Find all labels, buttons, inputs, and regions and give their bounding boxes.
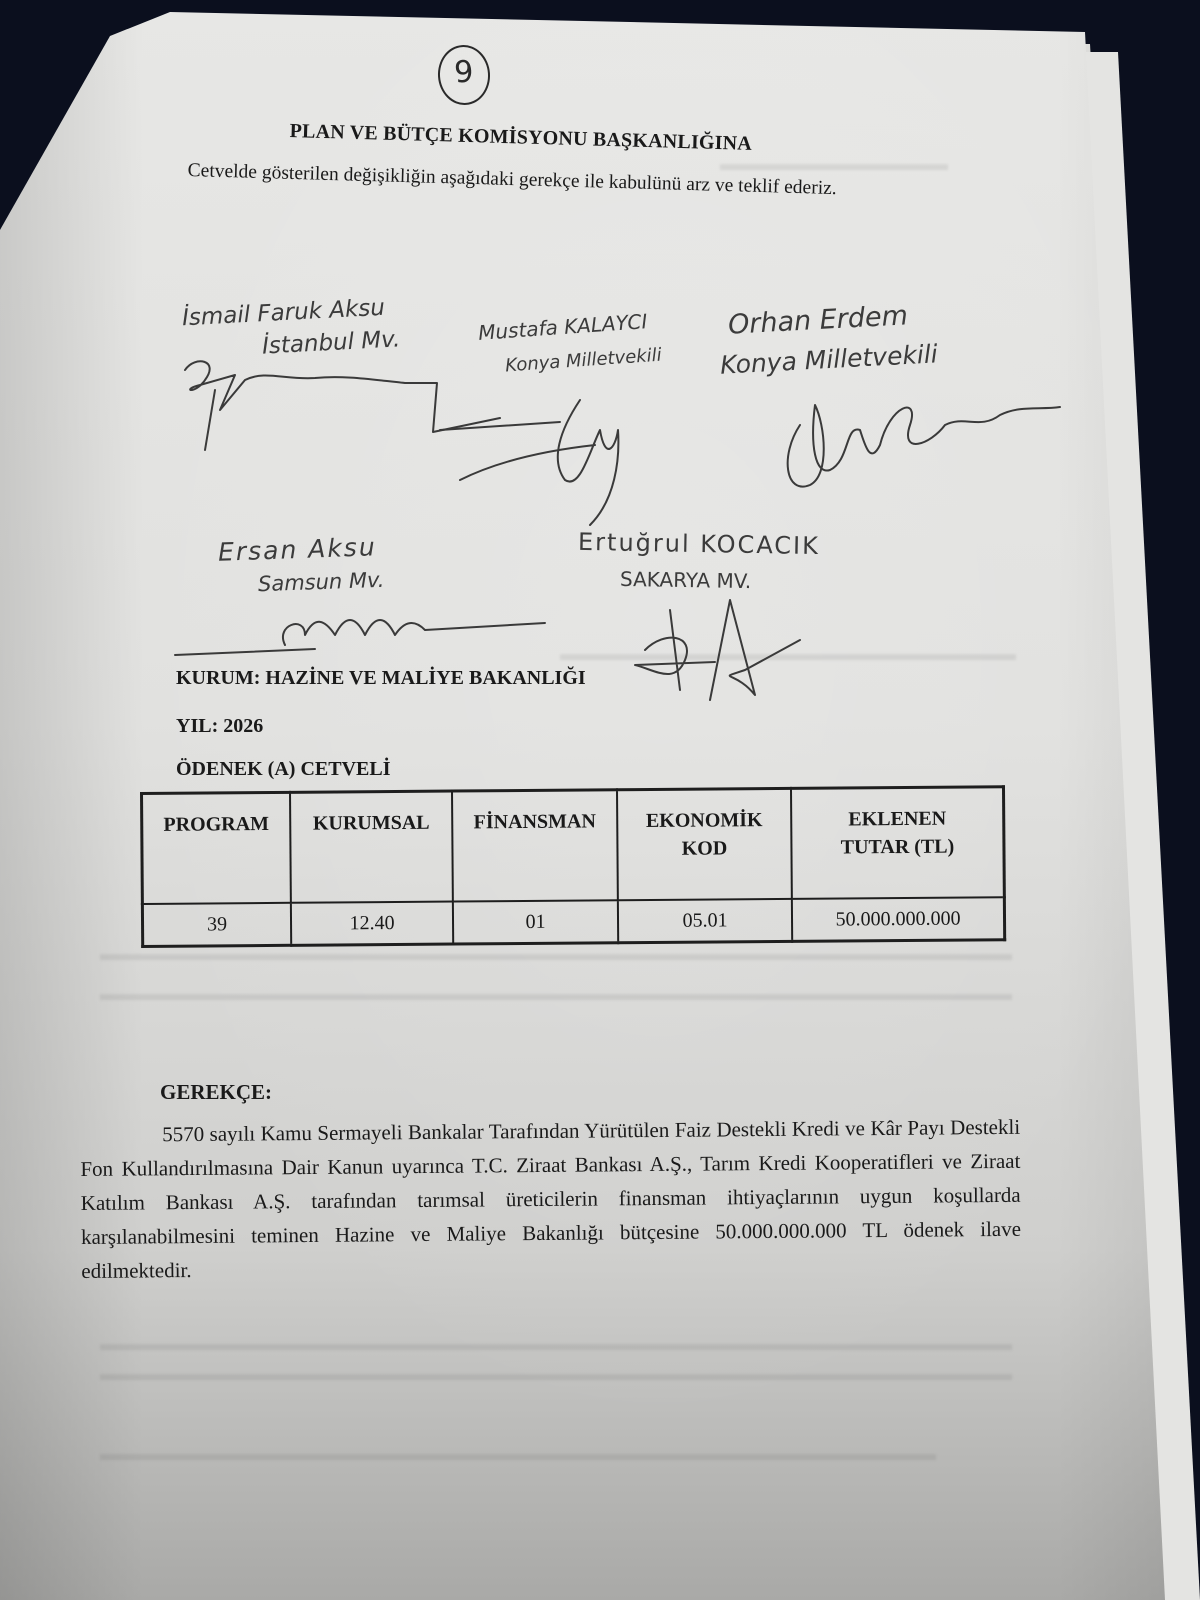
signatory-name: Ertuğrul KOCACIK	[578, 528, 820, 560]
year-label: YIL: 2026	[176, 715, 263, 738]
signature-icon	[770, 385, 1070, 505]
signature-icon	[625, 590, 825, 710]
cetvel-title: ÖDENEK (A) CETVELİ	[176, 758, 390, 781]
bleed-through-text: ▬▬▬▬▬▬▬▬▬▬▬▬▬▬▬▬▬▬▬▬▬▬▬▬▬▬▬▬▬▬▬▬▬▬▬▬▬▬▬▬…	[100, 1440, 936, 1470]
cell-program: 39	[142, 903, 291, 947]
page-title: PLAN VE BÜTÇE KOMİSYONU BAŞKANLIĞINA	[289, 120, 752, 156]
gerekce-body: 5570 sayılı Kamu Sermayeli Bankalar Tara…	[80, 1110, 1021, 1288]
appropriation-table: PROGRAM KURUMSAL FİNANSMAN EKONOMİKKOD E…	[140, 785, 1006, 948]
document-content: ▬▬▬▬▬▬▬▬▬▬▬▬ ▬▬▬▬▬▬▬▬▬▬▬▬▬▬▬▬▬▬▬▬▬▬▬▬ ▬▬…	[0, 0, 1200, 1600]
column-header-finansman: FİNANSMAN	[452, 790, 618, 902]
bleed-through-text: ▬▬▬▬▬▬▬▬▬▬▬▬▬▬▬▬▬▬▬▬▬▬▬▬▬▬▬▬▬▬▬▬▬▬▬▬▬▬▬▬…	[100, 980, 1012, 1010]
table-row: 39 12.40 01 05.01 50.000.000.000	[142, 897, 1004, 946]
signatory-name: Mustafa KALAYCI	[477, 309, 648, 345]
kurum-label: KURUM: HAZİNE VE MALİYE BAKANLIĞI	[176, 667, 586, 690]
column-header-eklenen-tutar: EKLENENTUTAR (TL)	[791, 787, 1004, 899]
column-header-kurumsal: KURUMSAL	[290, 791, 453, 903]
cell-ekonomik-kod: 05.01	[618, 899, 792, 943]
table-header-row: PROGRAM KURUMSAL FİNANSMAN EKONOMİKKOD E…	[142, 787, 1005, 904]
bleed-through-text: ▬▬▬▬▬▬▬▬▬▬▬▬▬▬▬▬▬▬▬▬▬▬▬▬▬▬▬▬▬▬▬▬▬▬▬▬▬▬▬▬…	[100, 1360, 1012, 1390]
signatory-name: Orhan Erdem	[727, 300, 908, 340]
signatory-name: Ersan Aksu	[218, 532, 378, 567]
cell-kurumsal: 12.40	[291, 902, 453, 946]
gerekce-title: GEREKÇE:	[160, 1080, 272, 1105]
cell-finansman: 01	[453, 900, 618, 944]
signatory-province: Konya Milletvekili	[504, 345, 662, 377]
signature-icon	[175, 605, 555, 665]
page-number: 9	[436, 43, 492, 106]
column-header-ekonomik-kod: EKONOMİKKOD	[617, 788, 792, 900]
column-header-program: PROGRAM	[142, 792, 291, 904]
bleed-through-text: ▬▬▬▬▬▬▬▬▬▬▬▬▬▬▬▬▬▬▬▬▬▬▬▬▬▬▬▬▬▬▬▬▬▬▬▬▬▬▬▬…	[100, 1330, 1012, 1360]
signatory-province: Samsun Mv.	[258, 568, 385, 596]
signature-icon	[440, 390, 640, 540]
cell-eklenen-tutar: 50.000.000.000	[792, 897, 1005, 941]
signatory-name: İsmail Faruk Aksu	[181, 295, 385, 332]
signatory-province: Konya Milletvekili	[719, 339, 938, 379]
